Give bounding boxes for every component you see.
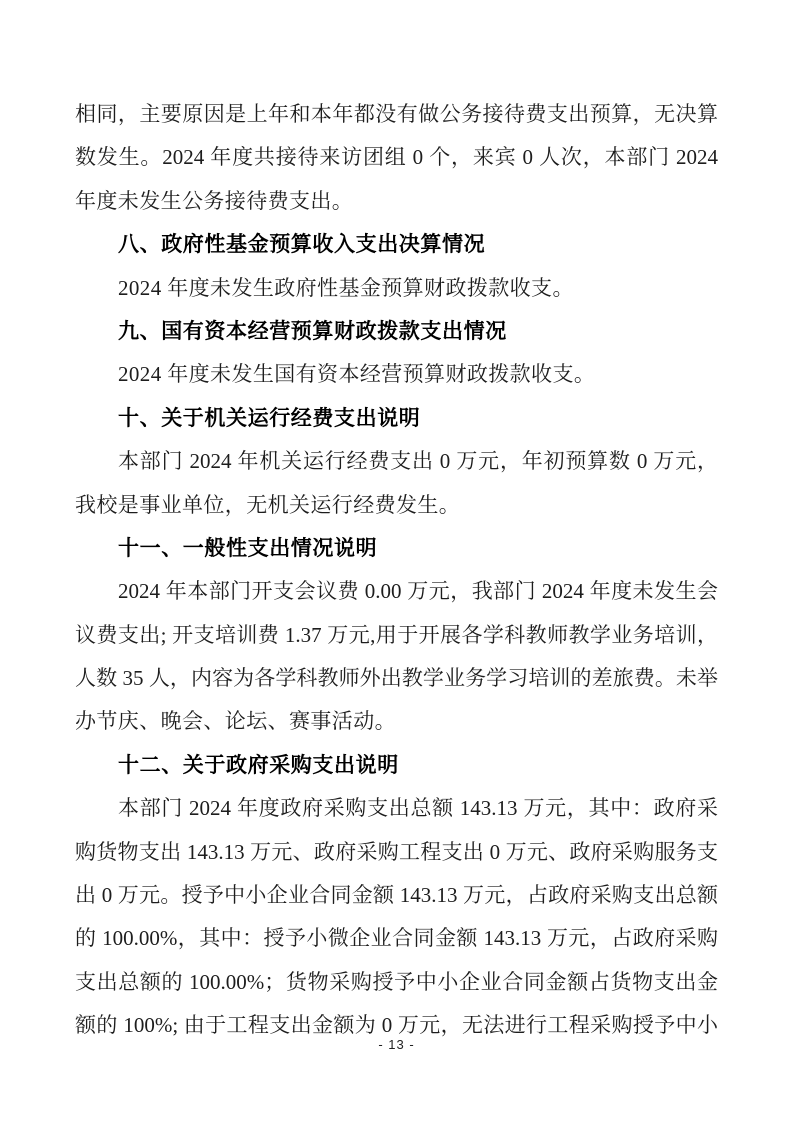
paragraph-line: 相同，主要原因是上年和本年都没有做公务接待费支出预算，无决算 [75, 93, 718, 136]
paragraph-line: 2024 年本部门开支会议费 0.00 万元，我部门 2024 年度未发生会 [75, 570, 718, 613]
paragraph-line: 人数 35 人，内容为各学科教师外出教学业务学习培训的差旅费。未举 [75, 657, 718, 700]
page-footer: - 13 - [0, 1036, 793, 1054]
paragraph-line: 数发生。2024 年度共接待来访团组 0 个，来宾 0 人次，本部门 2024 [75, 136, 718, 179]
section-heading: 十二、关于政府采购支出说明 [75, 744, 718, 787]
section-heading: 九、国有资本经营预算财政拨款支出情况 [75, 310, 718, 353]
paragraph-line: 议费支出; 开支培训费 1.37 万元,用于开展各学科教师教学业务培训， [75, 614, 718, 657]
page-number: - 13 - [378, 1037, 414, 1052]
paragraph-line: 支出总额的 100.00%；货物采购授予中小企业合同金额占货物支出金 [75, 961, 718, 1004]
paragraph-line: 2024 年度未发生政府性基金预算财政拨款收支。 [75, 267, 718, 310]
paragraph-line: 本部门 2024 年机关运行经费支出 0 万元，年初预算数 0 万元， [75, 440, 718, 483]
document-page: 相同，主要原因是上年和本年都没有做公务接待费支出预算，无决算数发生。2024 年… [0, 0, 793, 1122]
document-content: 相同，主要原因是上年和本年都没有做公务接待费支出预算，无决算数发生。2024 年… [75, 93, 718, 1048]
paragraph-line: 我校是事业单位，无机关运行经费发生。 [75, 484, 718, 527]
section-heading: 十、关于机关运行经费支出说明 [75, 397, 718, 440]
paragraph-line: 年度未发生公务接待费支出。 [75, 180, 718, 223]
paragraph-line: 办节庆、晚会、论坛、赛事活动。 [75, 700, 718, 743]
paragraph-line: 购货物支出 143.13 万元、政府采购工程支出 0 万元、政府采购服务支 [75, 831, 718, 874]
paragraph-line: 的 100.00%，其中：授予小微企业合同金额 143.13 万元，占政府采购 [75, 917, 718, 960]
paragraph-line: 出 0 万元。授予中小企业合同金额 143.13 万元，占政府采购支出总额 [75, 874, 718, 917]
paragraph-line: 2024 年度未发生国有资本经营预算财政拨款收支。 [75, 353, 718, 396]
paragraph-line: 本部门 2024 年度政府采购支出总额 143.13 万元，其中：政府采 [75, 787, 718, 830]
section-heading: 八、政府性基金预算收入支出决算情况 [75, 223, 718, 266]
section-heading: 十一、一般性支出情况说明 [75, 527, 718, 570]
